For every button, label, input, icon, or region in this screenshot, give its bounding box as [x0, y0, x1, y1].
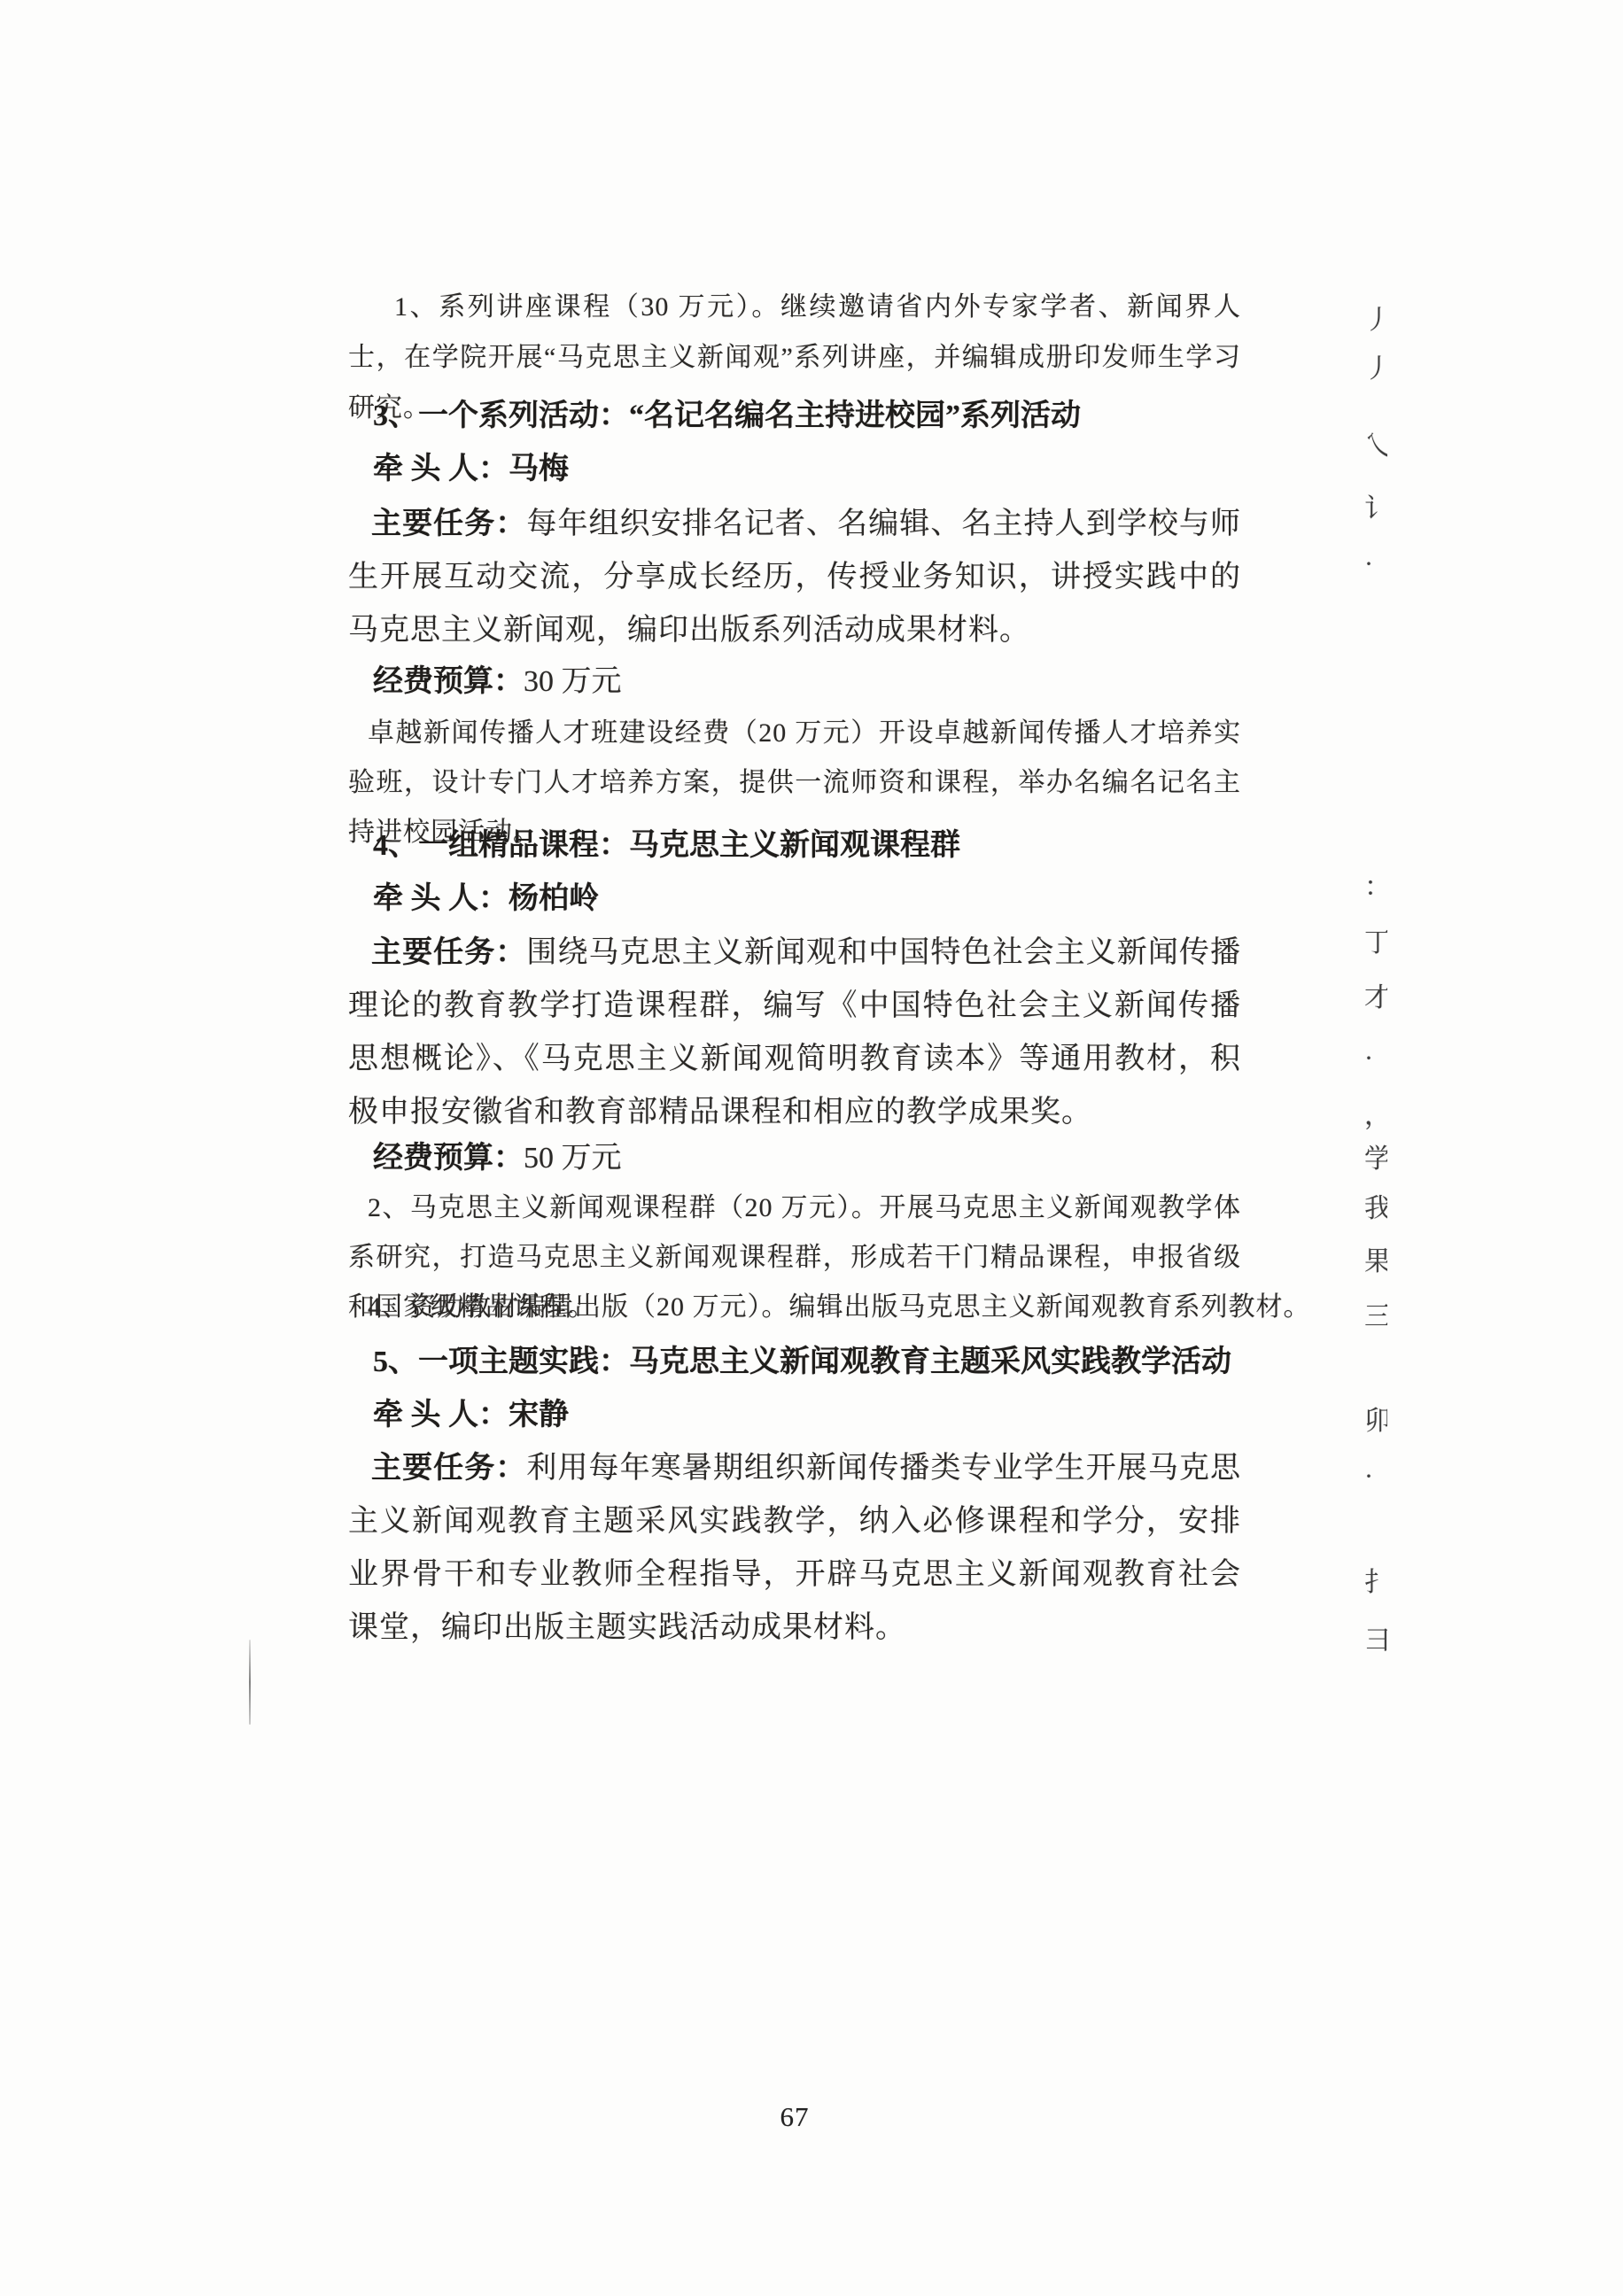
section-4-leader: 牵 头 人：杨柏岭 [348, 880, 1241, 919]
scanned-document-page: { "page": { "number": "67", "background_… [0, 0, 1623, 2296]
budget-value: 50 万元 [524, 1142, 622, 1175]
edge-fragment: 我 [1364, 1194, 1387, 1226]
section-4-heading: 4、一组精品课程：马克思主义新闻观课程群 [348, 826, 1241, 865]
leader-label: 牵 头 人： [373, 1399, 509, 1431]
section-5-leader: 牵 头 人：宋静 [348, 1396, 1241, 1435]
section-4-budget: 经费预算：50 万元 [348, 1139, 1241, 1178]
section-3-heading: 3、一个系列活动：“名记名编名主持进校园”系列活动 [348, 397, 1241, 436]
leader-label: 牵 头 人： [373, 882, 509, 915]
section-3-budget: 经费预算：30 万元 [348, 663, 1241, 702]
edge-fragment: 讠 [1364, 494, 1387, 526]
edge-fragment: ： [1364, 873, 1387, 904]
task-label: 主要任务： [371, 508, 526, 540]
budget-value: 30 万元 [524, 665, 622, 698]
section-5-task-paragraph: 主要任务：利用每年寒暑期组织新闻传播类专业学生开展马克思主义新闻观教育主题采风实… [348, 1442, 1241, 1655]
section-4-note-2: 4、资助教材编辑出版（20 万元）。编辑出版马克思主义新闻观教育系列教材。 [348, 1283, 1241, 1332]
edge-fragment: 丁 [1364, 928, 1387, 960]
edge-fragment: 三 [1364, 1302, 1387, 1334]
section-3-task-paragraph: 主要任务：每年组织安排名记者、名编辑、名主持人到学校与师生开展互动交流，分享成长… [348, 498, 1241, 657]
section-3-leader: 牵 头 人：马梅 [348, 450, 1241, 489]
budget-label: 经费预算： [373, 665, 524, 698]
edge-fragment: 乀 [1364, 431, 1387, 463]
leader-label: 牵 头 人： [373, 453, 509, 485]
task-label: 主要任务： [371, 1452, 526, 1485]
edge-fragment: · [1364, 1043, 1387, 1075]
leader-name: 宋静 [509, 1399, 569, 1431]
edge-fragment: 果 [1364, 1247, 1387, 1279]
edge-fragment: 彐 [1364, 1626, 1387, 1658]
edge-fragment: 学 [1364, 1144, 1387, 1176]
section-4-task-paragraph: 主要任务：围绕马克思主义新闻观和中国特色社会主义新闻传播理论的教育教学打造课程群… [348, 927, 1241, 1139]
edge-fragment: · [1364, 1462, 1387, 1493]
scan-line-artifact [249, 1640, 251, 1725]
edge-fragment: · [1364, 549, 1387, 581]
leader-name: 马梅 [509, 453, 569, 485]
budget-label: 经费预算： [373, 1142, 524, 1175]
page-number: 67 [348, 2101, 1241, 2133]
leader-name: 杨柏岭 [509, 882, 599, 915]
edge-fragment: 卯 [1364, 1407, 1387, 1439]
edge-fragment: 才 [1364, 983, 1387, 1015]
edge-fragment: 丿 [1364, 306, 1387, 337]
edge-fragment: 扌 [1364, 1568, 1387, 1600]
edge-fragment: ， [1364, 1101, 1387, 1133]
section-5-heading: 5、一项主题实践：马克思主义新闻观教育主题采风实践教学活动 [348, 1343, 1241, 1382]
task-label: 主要任务： [371, 936, 526, 969]
edge-fragment: 丿 [1364, 354, 1387, 386]
